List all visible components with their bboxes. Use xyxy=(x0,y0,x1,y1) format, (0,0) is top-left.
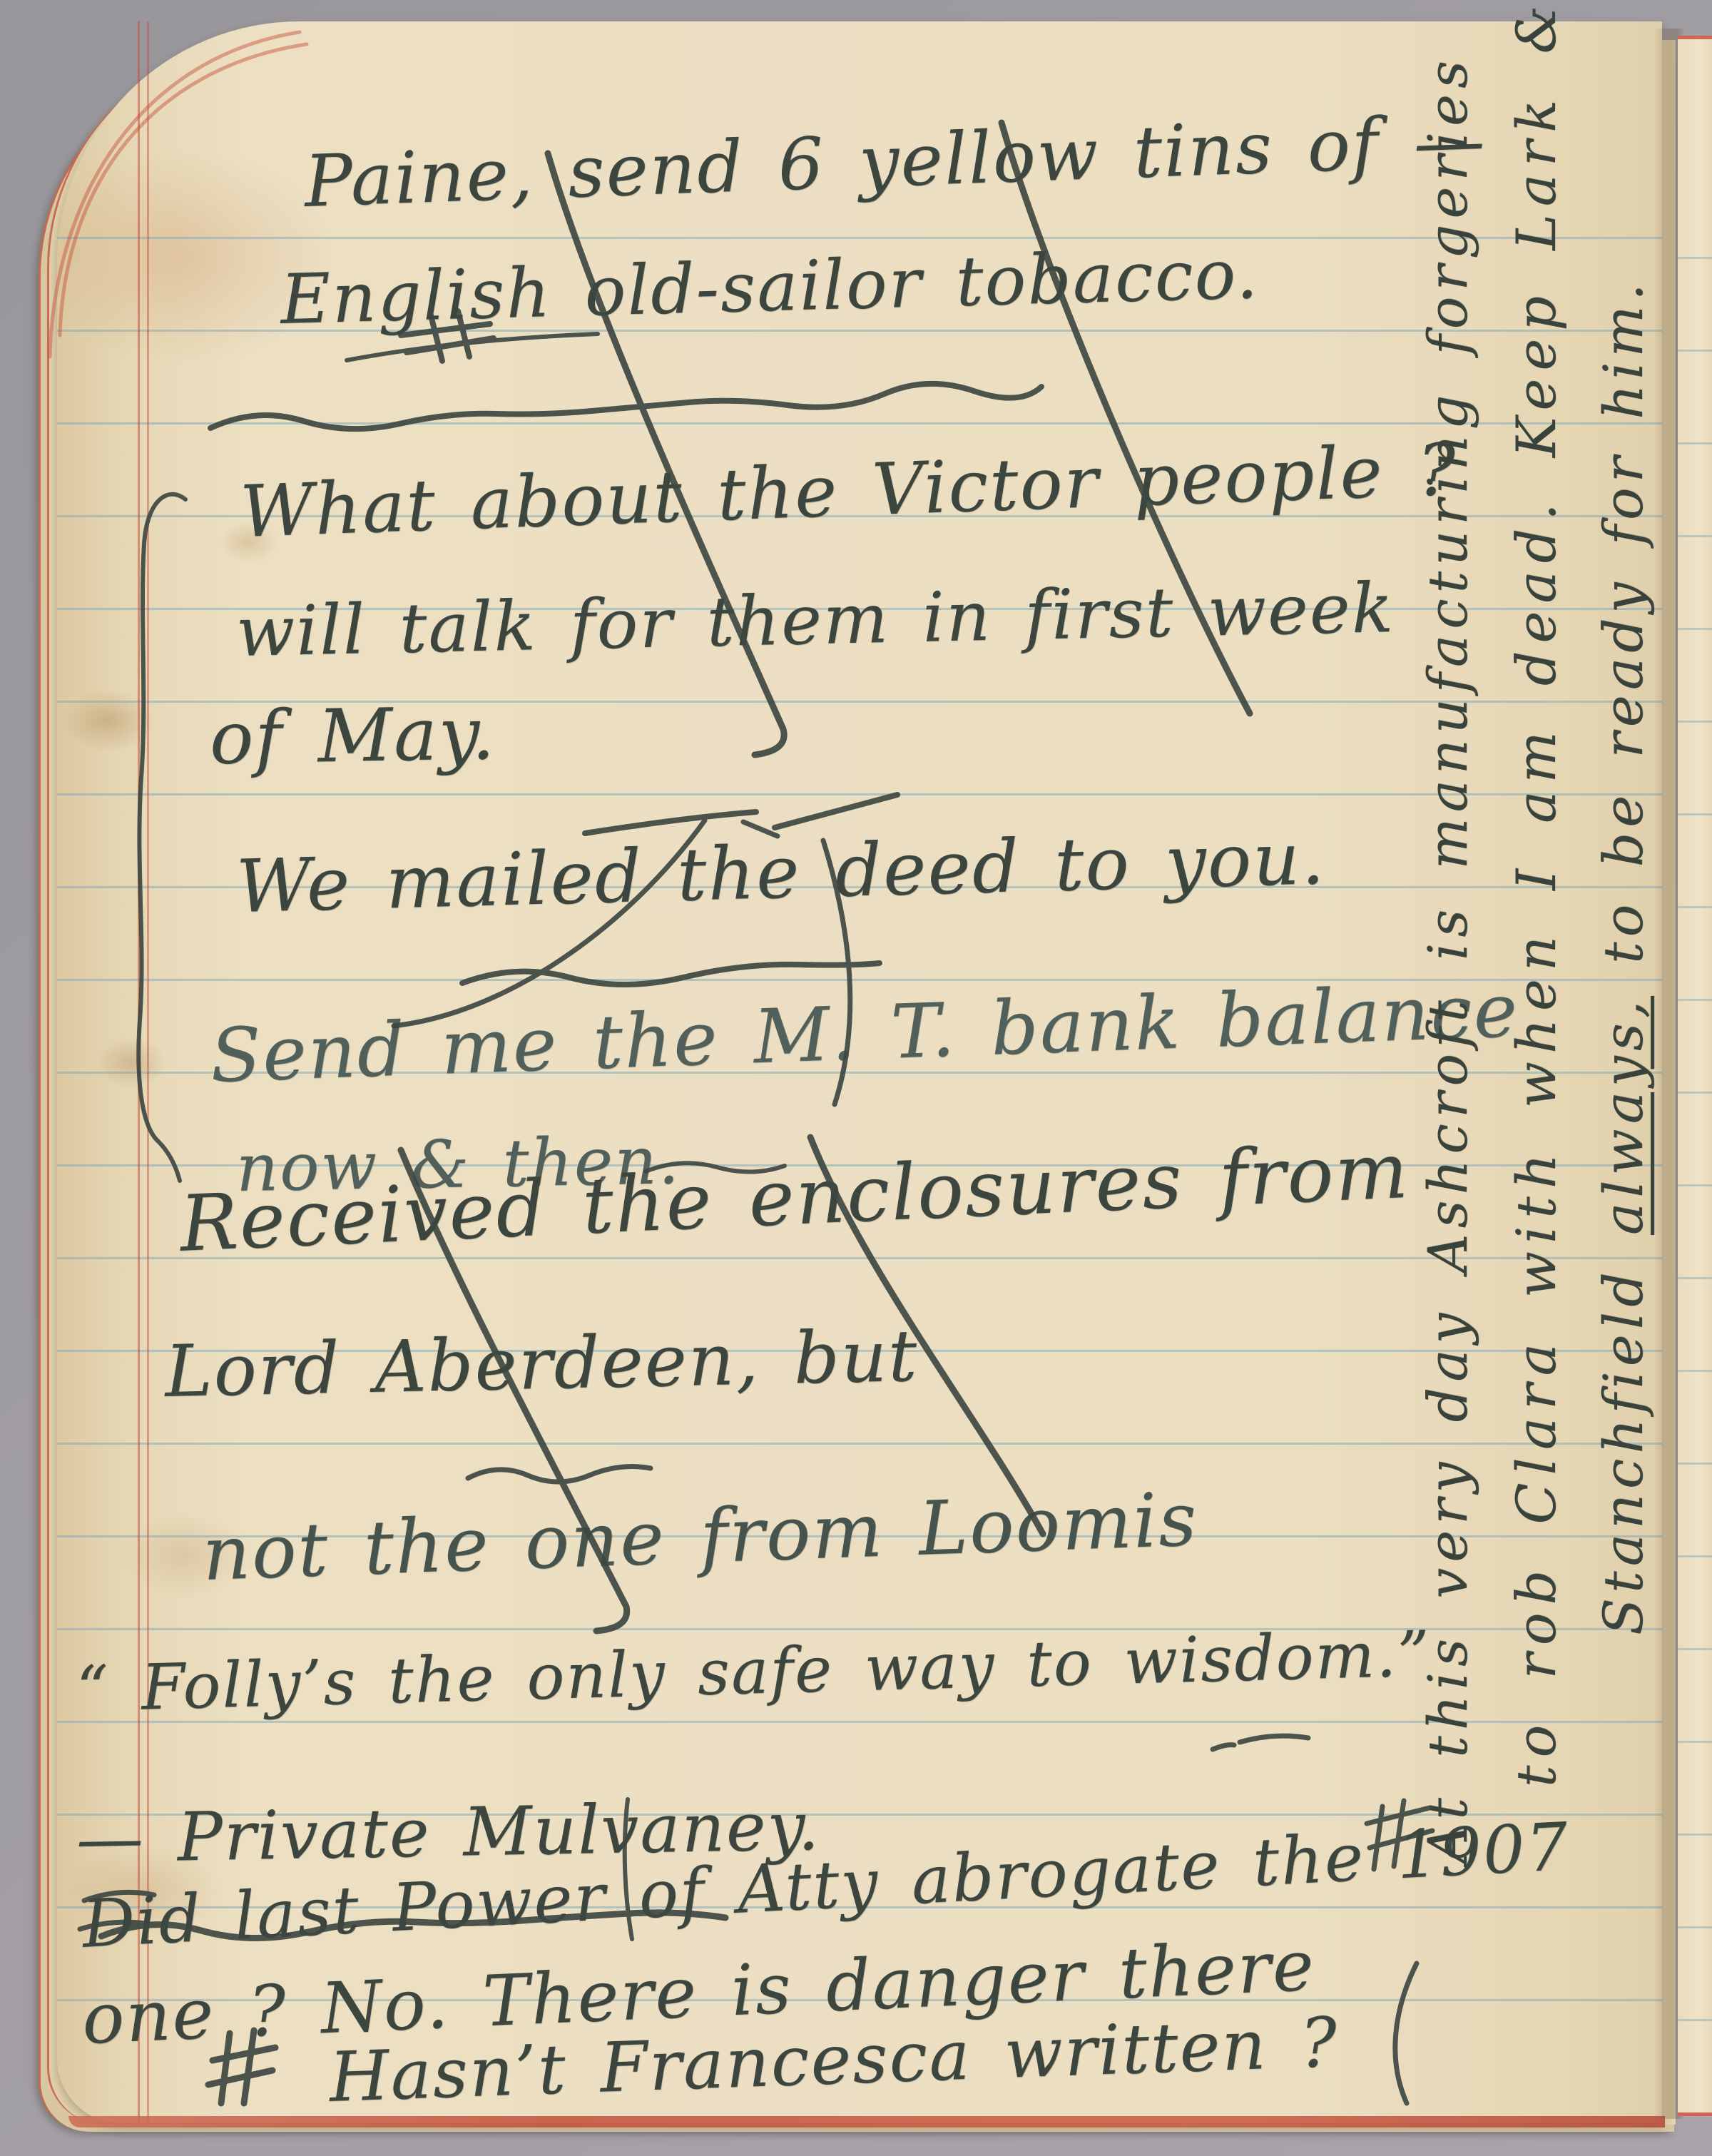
margin-note-line-1: At this very day Ashcroft is manufacturi… xyxy=(1421,94,1475,1863)
ruled-lines-facing xyxy=(1678,166,1712,2098)
line-enclosures-2: Lord Aberdeen, but xyxy=(164,1318,919,1409)
margin-note-line-3: Stanchfield always, to be ready for him. xyxy=(1596,344,1651,1635)
margin-note-line-2: to rob Clara with when I am dead. Keep L… xyxy=(1509,118,1564,1787)
margin-note-line-3-start: Stanchfield xyxy=(1591,1235,1655,1635)
margin-note-always-underlined: always, xyxy=(1591,996,1655,1235)
red-page-edge-bottom xyxy=(68,2116,1665,2127)
facing-page-sliver xyxy=(1678,36,1712,2116)
margin-note-line-3-end: to be ready for him. xyxy=(1591,278,1655,996)
line-victor-3: of May. xyxy=(209,696,496,777)
notebook-photo: Paine, send 6 yellow tins of — English o… xyxy=(0,0,1712,2156)
